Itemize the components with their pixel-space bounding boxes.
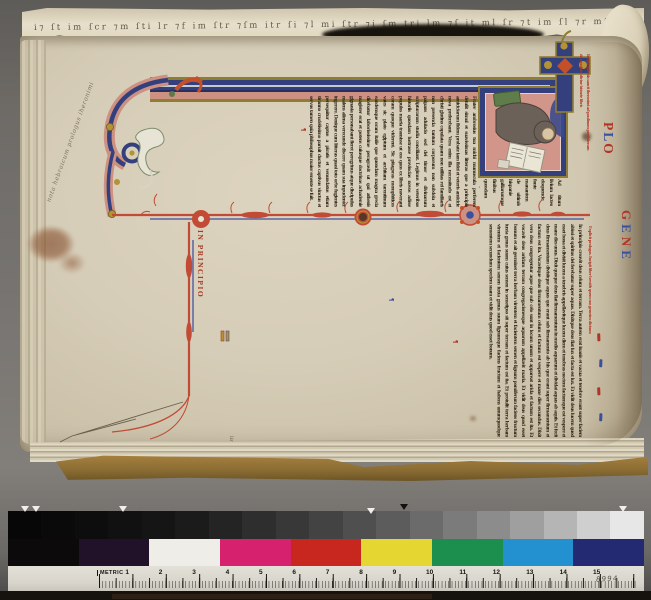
grayscale-step [477,511,510,539]
grayscale-step [41,511,74,539]
grayscale-step [209,511,242,539]
registration-triangle-icon [119,506,127,512]
ruler-ticks [99,574,638,588]
rubric-incipit-epistola: Incipit epistola sancti iheronimi ad pau… [577,54,591,154]
grayscale-step [276,511,309,539]
color-patch-white [149,539,220,566]
handwritten-photo-number: 8994 [596,574,619,583]
color-patch-red [291,539,362,566]
grayscale-step [108,511,141,539]
color-patch-green [432,539,503,566]
registration-triangle-icon [619,506,627,512]
running-title-letter: L [601,132,616,143]
registration-triangle-icon [32,506,40,512]
grayscale-step [610,511,643,539]
running-title-pro: PLO [598,122,618,176]
ruler-number: 9 [393,569,397,576]
parchment-stain [58,252,86,274]
margin-annotation-small: lir [228,436,234,442]
paragraph-mark: ¶ [300,128,307,132]
historiated-initial-miniature [478,86,568,178]
running-title-letter: N [619,237,634,250]
grayscale-step [142,511,175,539]
text-column-prologue-continued: Ad titum livium lacteo eloquencie fonte … [479,179,563,206]
grayscale-step [75,511,108,539]
ruler-metric-label: METRIC [97,570,123,576]
ruler-number: 14 [560,569,567,576]
ruler-number: 4 [226,569,230,576]
grayscale-step [410,511,443,539]
grayscale-step [309,511,342,539]
color-calibration-bar [8,539,644,566]
running-title-letter: G [619,210,634,224]
ruler-number: 1 [125,569,129,576]
grayscale-step [544,511,577,539]
ruler-number: 8 [359,569,363,576]
registration-triangle-icon [21,506,29,512]
margin-letter-mark [598,333,601,341]
color-patch-cyan [503,539,574,566]
ruler-number: 13 [526,569,533,576]
margin-letter-mark [598,387,601,395]
running-title-letter: P [601,122,616,132]
rubric-incipit-genesis: Explicit prologus. Incipit liber bresith… [585,226,593,338]
paragraph-mark: ¶ [388,298,395,302]
running-title-letter: E [619,250,634,263]
manuscript-photo: i⁊ ſt im ſcr ⁊m ſti lr ⁊f im ſtr ⁊ſm itr… [0,0,651,600]
ruler-number: 5 [259,569,263,576]
initial-display-capitals: IN PRINCIPIO [194,230,205,380]
running-title-letter: E [619,224,634,237]
text-column-prologue: Frater ambrosius tua michi munuscula per… [198,96,478,207]
color-patch-blue [573,539,644,566]
ruler-number: 6 [292,569,296,576]
paragraph-mark: ¶ [452,340,459,344]
registration-triangle-icon [367,508,375,514]
color-patch-yellow [361,539,432,566]
running-title-letter: O [601,143,616,156]
grayscale-step [242,511,275,539]
grayscale-step [343,511,376,539]
grayscale-step [443,511,476,539]
running-title-gene: GENE [616,210,636,294]
grayscale-calibration-bar [8,511,644,539]
ruler-number: 7 [326,569,330,576]
color-patch-black [8,539,79,566]
margin-letter-mark [600,359,603,367]
ruler-number: 11 [459,569,466,576]
registration-triangle-icon [400,504,408,510]
margin-letter-mark [600,413,603,421]
ruler-number: 10 [426,569,433,576]
grayscale-step [376,511,409,539]
grayscale-step [175,511,208,539]
text-column-genesis: In principio creavit deus celum et terra… [216,224,584,437]
color-patch-dark-violet [79,539,150,566]
grayscale-step [8,511,41,539]
ruler-number: 12 [493,569,500,576]
color-patch-magenta [220,539,291,566]
grayscale-step [577,511,610,539]
grayscale-step [510,511,543,539]
table-edge [112,594,432,599]
ruler-number: 3 [192,569,196,576]
metric-ruler: METRIC 123456789101112131415 [8,566,644,591]
ruler-number: 2 [159,569,163,576]
miniature-ground [485,93,561,171]
